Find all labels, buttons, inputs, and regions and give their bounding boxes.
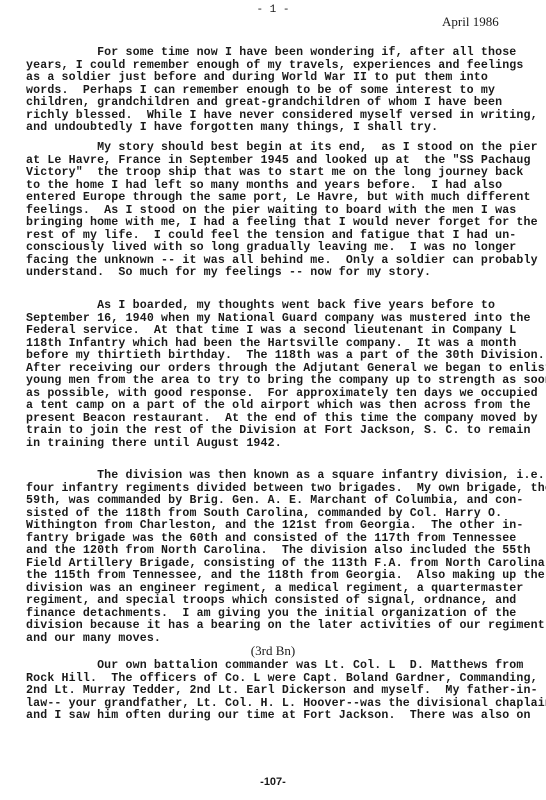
text-line: entered Europe through the same port, Le… <box>26 192 526 205</box>
text-line: 2nd Lt. Murray Tedder, 2nd Lt. Earl Dick… <box>26 685 526 698</box>
paragraph-battalion: Our own battalion commander was Lt. Col.… <box>26 660 526 723</box>
paragraph-boarding: As I boarded, my thoughts went back five… <box>26 300 526 450</box>
text-line: regiment, and special troops which consi… <box>26 595 526 608</box>
text-line: For some time now I have been wondering … <box>26 47 526 60</box>
text-line: train to join the rest of the Division a… <box>26 425 526 438</box>
page-number: -107- <box>0 776 546 788</box>
handwritten-note: (3rd Bn) <box>0 643 546 659</box>
text-line: before my thirtieth birthday. The 118th … <box>26 350 526 363</box>
text-line: and undoubtedly I have forgotten many th… <box>26 122 526 135</box>
text-line: as a soldier just before and during Worl… <box>26 72 526 85</box>
text-line: consciously lived with so long gradually… <box>26 242 526 255</box>
text-line: in training there until August 1942. <box>26 438 526 451</box>
text-line: The division was then known as a square … <box>26 470 526 483</box>
text-line: children, grandchildren and great-grandc… <box>26 97 526 110</box>
text-line: My story should best begin at its end, a… <box>26 142 526 155</box>
paragraph-division: The division was then known as a square … <box>26 470 526 645</box>
text-line: Federal service. At that time I was a se… <box>26 325 526 338</box>
text-line: Withington from Charleston, and the 121s… <box>26 520 526 533</box>
text-line: Our own battalion commander was Lt. Col.… <box>26 660 526 673</box>
text-line: Victory" the troop ship that was to star… <box>26 167 526 180</box>
text-line: bringing home with me, I had a feeling t… <box>26 217 526 230</box>
text-line: and I saw him often during our time at F… <box>26 710 526 723</box>
text-line: understand. So much for my feelings -- n… <box>26 267 526 280</box>
text-line: division because it has a bearing on the… <box>26 620 526 633</box>
paragraph-intro: For some time now I have been wondering … <box>26 47 526 135</box>
text-line: a tent camp on a part of the old airport… <box>26 400 526 413</box>
text-line: As I boarded, my thoughts went back five… <box>26 300 526 313</box>
document-page: - 1 - April 1986 For some time now I hav… <box>0 0 546 800</box>
text-line: 59th, was commanded by Brig. Gen. A. E. … <box>26 495 526 508</box>
document-date: April 1986 <box>442 14 499 30</box>
paragraph-le-havre: My story should best begin at its end, a… <box>26 142 526 280</box>
text-line: the 115th from Tennessee, and the 118th … <box>26 570 526 583</box>
text-line: and the 120th from North Carolina. The d… <box>26 545 526 558</box>
text-line: young men from the area to try to bring … <box>26 375 526 388</box>
